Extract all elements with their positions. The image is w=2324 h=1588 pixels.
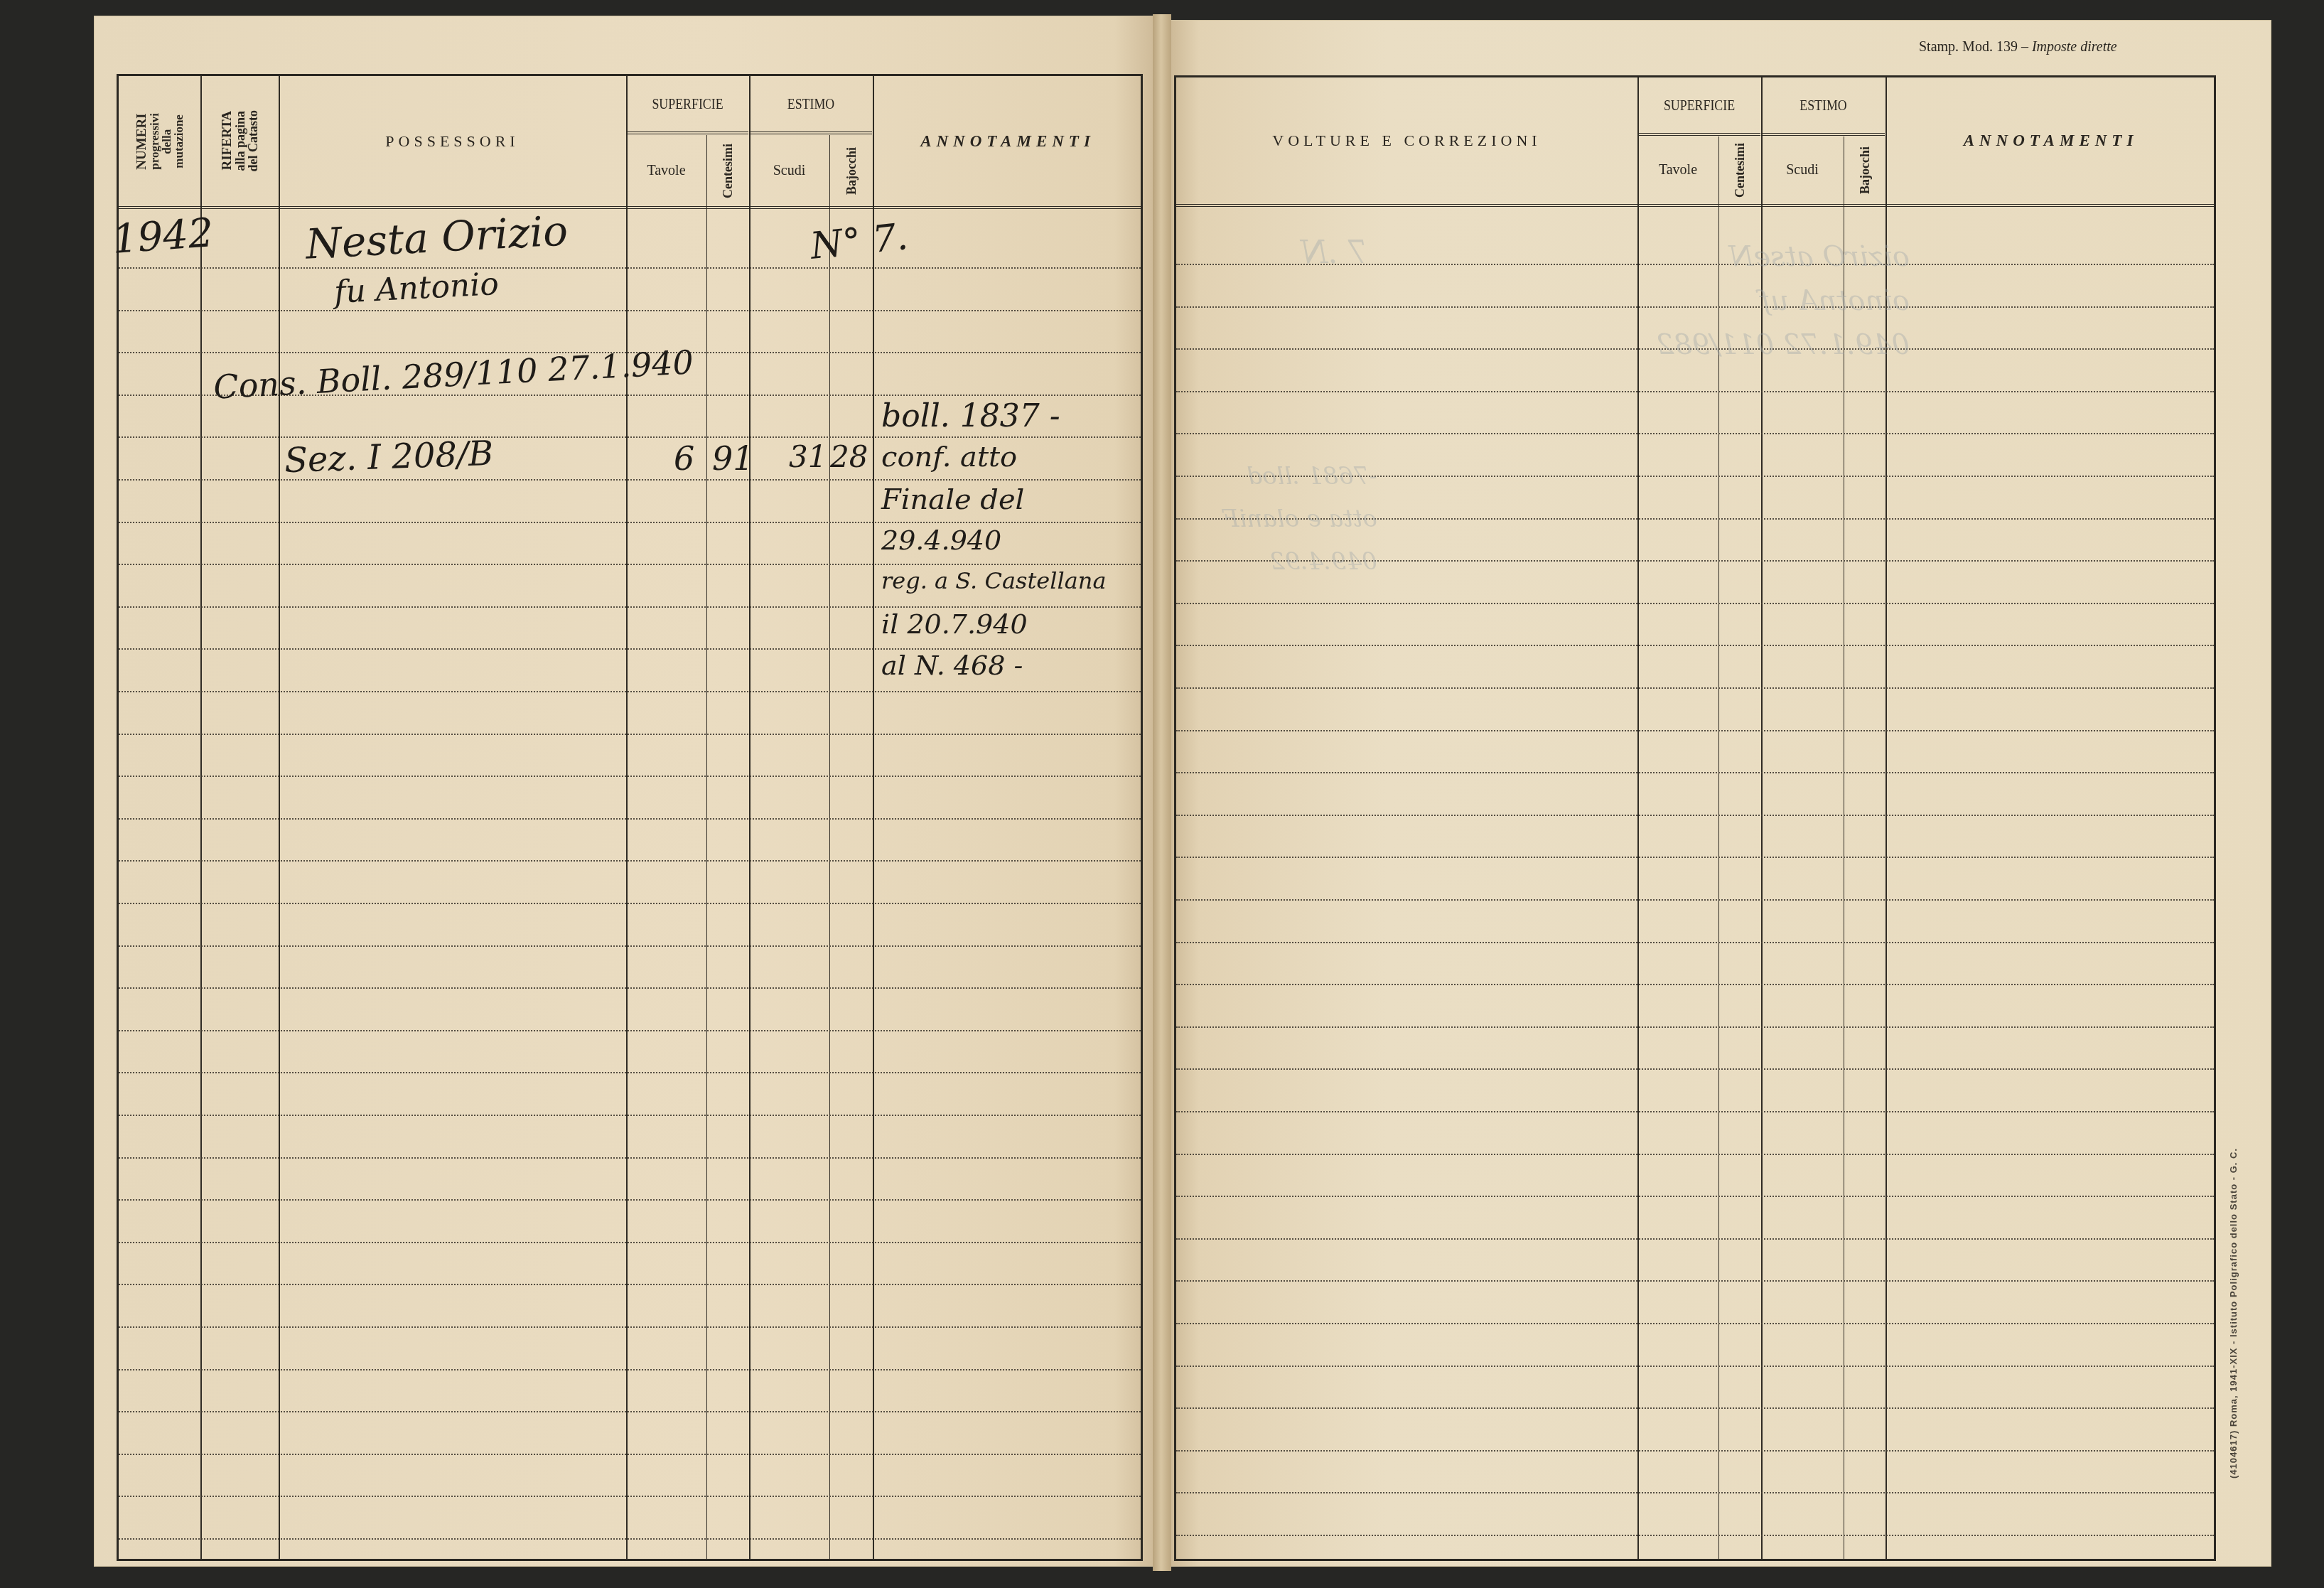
superficie-subdivider: [628, 132, 748, 134]
ruled-line: [119, 734, 1141, 735]
annotation-line: conf. atto: [881, 441, 1017, 473]
header-numeri-line3: della: [161, 113, 173, 170]
ruled-line: [119, 903, 1141, 904]
header-centesimi-text: Centesimi: [1733, 143, 1746, 198]
imprint-dash: –: [2021, 39, 2032, 55]
header-annotamenti: ANNOTAMENTI: [873, 76, 1143, 206]
ruled-line: [119, 1411, 1141, 1412]
header-divider: [1176, 204, 2214, 207]
bleed-through-ink: oizirO atseNoinotnA uf049.1.72 011/982: [1656, 235, 1910, 367]
ruled-line: [119, 1326, 1141, 1328]
entry-superficie-centesimi: 91: [712, 439, 754, 478]
header-numeri-line4: mutazione: [173, 113, 185, 170]
ruled-line: [119, 479, 1141, 481]
estimo-subdivider: [751, 132, 872, 134]
ruled-line: [119, 522, 1141, 523]
ruled-line: [119, 1199, 1141, 1201]
header-scudi: Scudi: [1761, 136, 1844, 204]
header-estimo: ESTIMO: [758, 76, 864, 132]
header-tavole: Tavole: [626, 135, 706, 206]
ruled-line: [119, 860, 1141, 862]
ruled-line: [119, 436, 1141, 438]
ruled-line: [1176, 1366, 2214, 1367]
ruled-line: [1176, 1535, 2214, 1536]
printer-imprint: (4104617) Roma, 1941-XIX - Istituto Poli…: [2228, 1052, 2239, 1479]
header-centesimi: Centesimi: [1718, 136, 1761, 204]
ruled-line: [1176, 603, 2214, 604]
ruled-line: [1176, 730, 2214, 731]
ruled-line: [1176, 433, 2214, 434]
form-id: Stamp. Mod. 139: [1919, 39, 2018, 55]
ruled-line: [1176, 1450, 2214, 1452]
ruled-line: [119, 1030, 1141, 1031]
header-bajocchi-text: Bajocchi: [845, 147, 858, 195]
estimo-subdivider: [1763, 133, 1885, 136]
header-scudi: Scudi: [749, 135, 829, 206]
header-riferta-line2: alla pagina: [234, 110, 247, 172]
ruled-line: [1176, 391, 2214, 392]
bleed-through-ink: 7 .N: [1301, 235, 1367, 271]
ruled-line: [119, 1115, 1141, 1116]
ruled-line: [1176, 1407, 2214, 1409]
bleed-through-ink: -7681 .llodotta e olaniF049.4.92: [1222, 455, 1377, 583]
annotation-line: il 20.7.940: [881, 608, 1028, 640]
ruled-line: [119, 691, 1141, 692]
ruled-line: [119, 1072, 1141, 1073]
ruled-line: [1176, 984, 2214, 985]
left-register-table: NUMERI progressivi della mutazione RIFER…: [117, 74, 1143, 1561]
header-annotamenti: ANNOTAMENTI: [1885, 77, 2216, 204]
header-possessori: POSSESSORI: [279, 76, 626, 206]
ruled-line: [1176, 1238, 2214, 1240]
ruled-line: [119, 310, 1141, 311]
ruled-line: [119, 945, 1141, 947]
ruled-line: [119, 1242, 1141, 1243]
ruled-line: [1176, 815, 2214, 816]
ruled-line: [1176, 899, 2214, 901]
header-estimo: ESTIMO: [1770, 77, 1876, 133]
form-subtitle: Imposte dirette: [2032, 39, 2117, 55]
ruled-line: [119, 564, 1141, 565]
ruled-line: [119, 1538, 1141, 1540]
ruled-line: [1176, 1154, 2214, 1155]
ruled-line: [119, 1369, 1141, 1370]
superficie-subdivider: [1639, 133, 1760, 136]
form-imprint: Stamp. Mod. 139 – Imposte dirette: [1919, 39, 2117, 55]
ruled-line: [119, 1496, 1141, 1497]
header-numeri-line2: progressivi: [149, 113, 161, 170]
col-divider: [1637, 77, 1639, 1559]
header-tavole: Tavole: [1637, 136, 1718, 204]
ruled-line: [119, 1157, 1141, 1159]
ruled-line: [1176, 942, 2214, 943]
entry-estimo-bajocchi: 28: [830, 439, 868, 474]
annotation-line: reg. a S. Castellana: [881, 567, 1106, 594]
header-divider: [119, 206, 1141, 209]
header-numeri: NUMERI progressivi della mutazione: [119, 76, 200, 206]
header-riferta-line3: del Catasto: [247, 110, 259, 172]
ruled-line: [119, 606, 1141, 608]
entry-parcel: Sez. I 208/B: [284, 434, 494, 481]
ruled-line: [1176, 1068, 2214, 1070]
ruled-line: [1176, 1323, 2214, 1324]
ruled-line: [1176, 1280, 2214, 1282]
header-bajocchi-text: Bajocchi: [1858, 146, 1871, 194]
ruled-line: [119, 267, 1141, 269]
header-riferta-line1: RIFERTA: [220, 110, 234, 172]
ruled-line: [119, 818, 1141, 820]
ruled-line: [1176, 1492, 2214, 1493]
ruled-line: [1176, 1196, 2214, 1197]
ruled-line: [1176, 772, 2214, 773]
header-bajocchi: Bajocchi: [1844, 136, 1885, 204]
annotation-line: Finale del: [881, 483, 1024, 516]
ruled-line: [119, 1454, 1141, 1455]
header-bajocchi: Bajocchi: [829, 135, 873, 206]
header-riferta: RIFERTA alla pagina del Catasto: [200, 76, 279, 206]
ruled-line: [1176, 857, 2214, 858]
ruled-line: [119, 987, 1141, 989]
entry-estimo-scudi: 31: [789, 439, 827, 474]
header-superficie: SUPERFICIE: [635, 76, 740, 132]
header-centesimi: Centesimi: [706, 135, 749, 206]
col-divider: [829, 135, 830, 1559]
annotation-line: al N. 468 -: [881, 650, 1023, 681]
header-numeri-line1: NUMERI: [135, 113, 149, 170]
entry-year: 1942: [111, 210, 215, 263]
ruled-line: [119, 776, 1141, 777]
header-volture: VOLTURE E CORREZIONI: [1176, 77, 1637, 204]
ruled-line: [1176, 687, 2214, 689]
annotation-line: boll. 1837 -: [881, 398, 1060, 434]
annotation-line: 29.4.940: [881, 525, 1001, 556]
ruled-line: [1176, 1026, 2214, 1028]
ruled-line: [119, 1284, 1141, 1285]
col-divider: [706, 135, 707, 1559]
book-gutter: [1153, 14, 1171, 1571]
ruled-line: [1176, 1111, 2214, 1112]
entry-superficie-tavole: 6: [674, 439, 694, 478]
header-centesimi-text: Centesimi: [721, 144, 734, 198]
header-superficie: SUPERFICIE: [1647, 77, 1752, 133]
ruled-line: [1176, 645, 2214, 646]
